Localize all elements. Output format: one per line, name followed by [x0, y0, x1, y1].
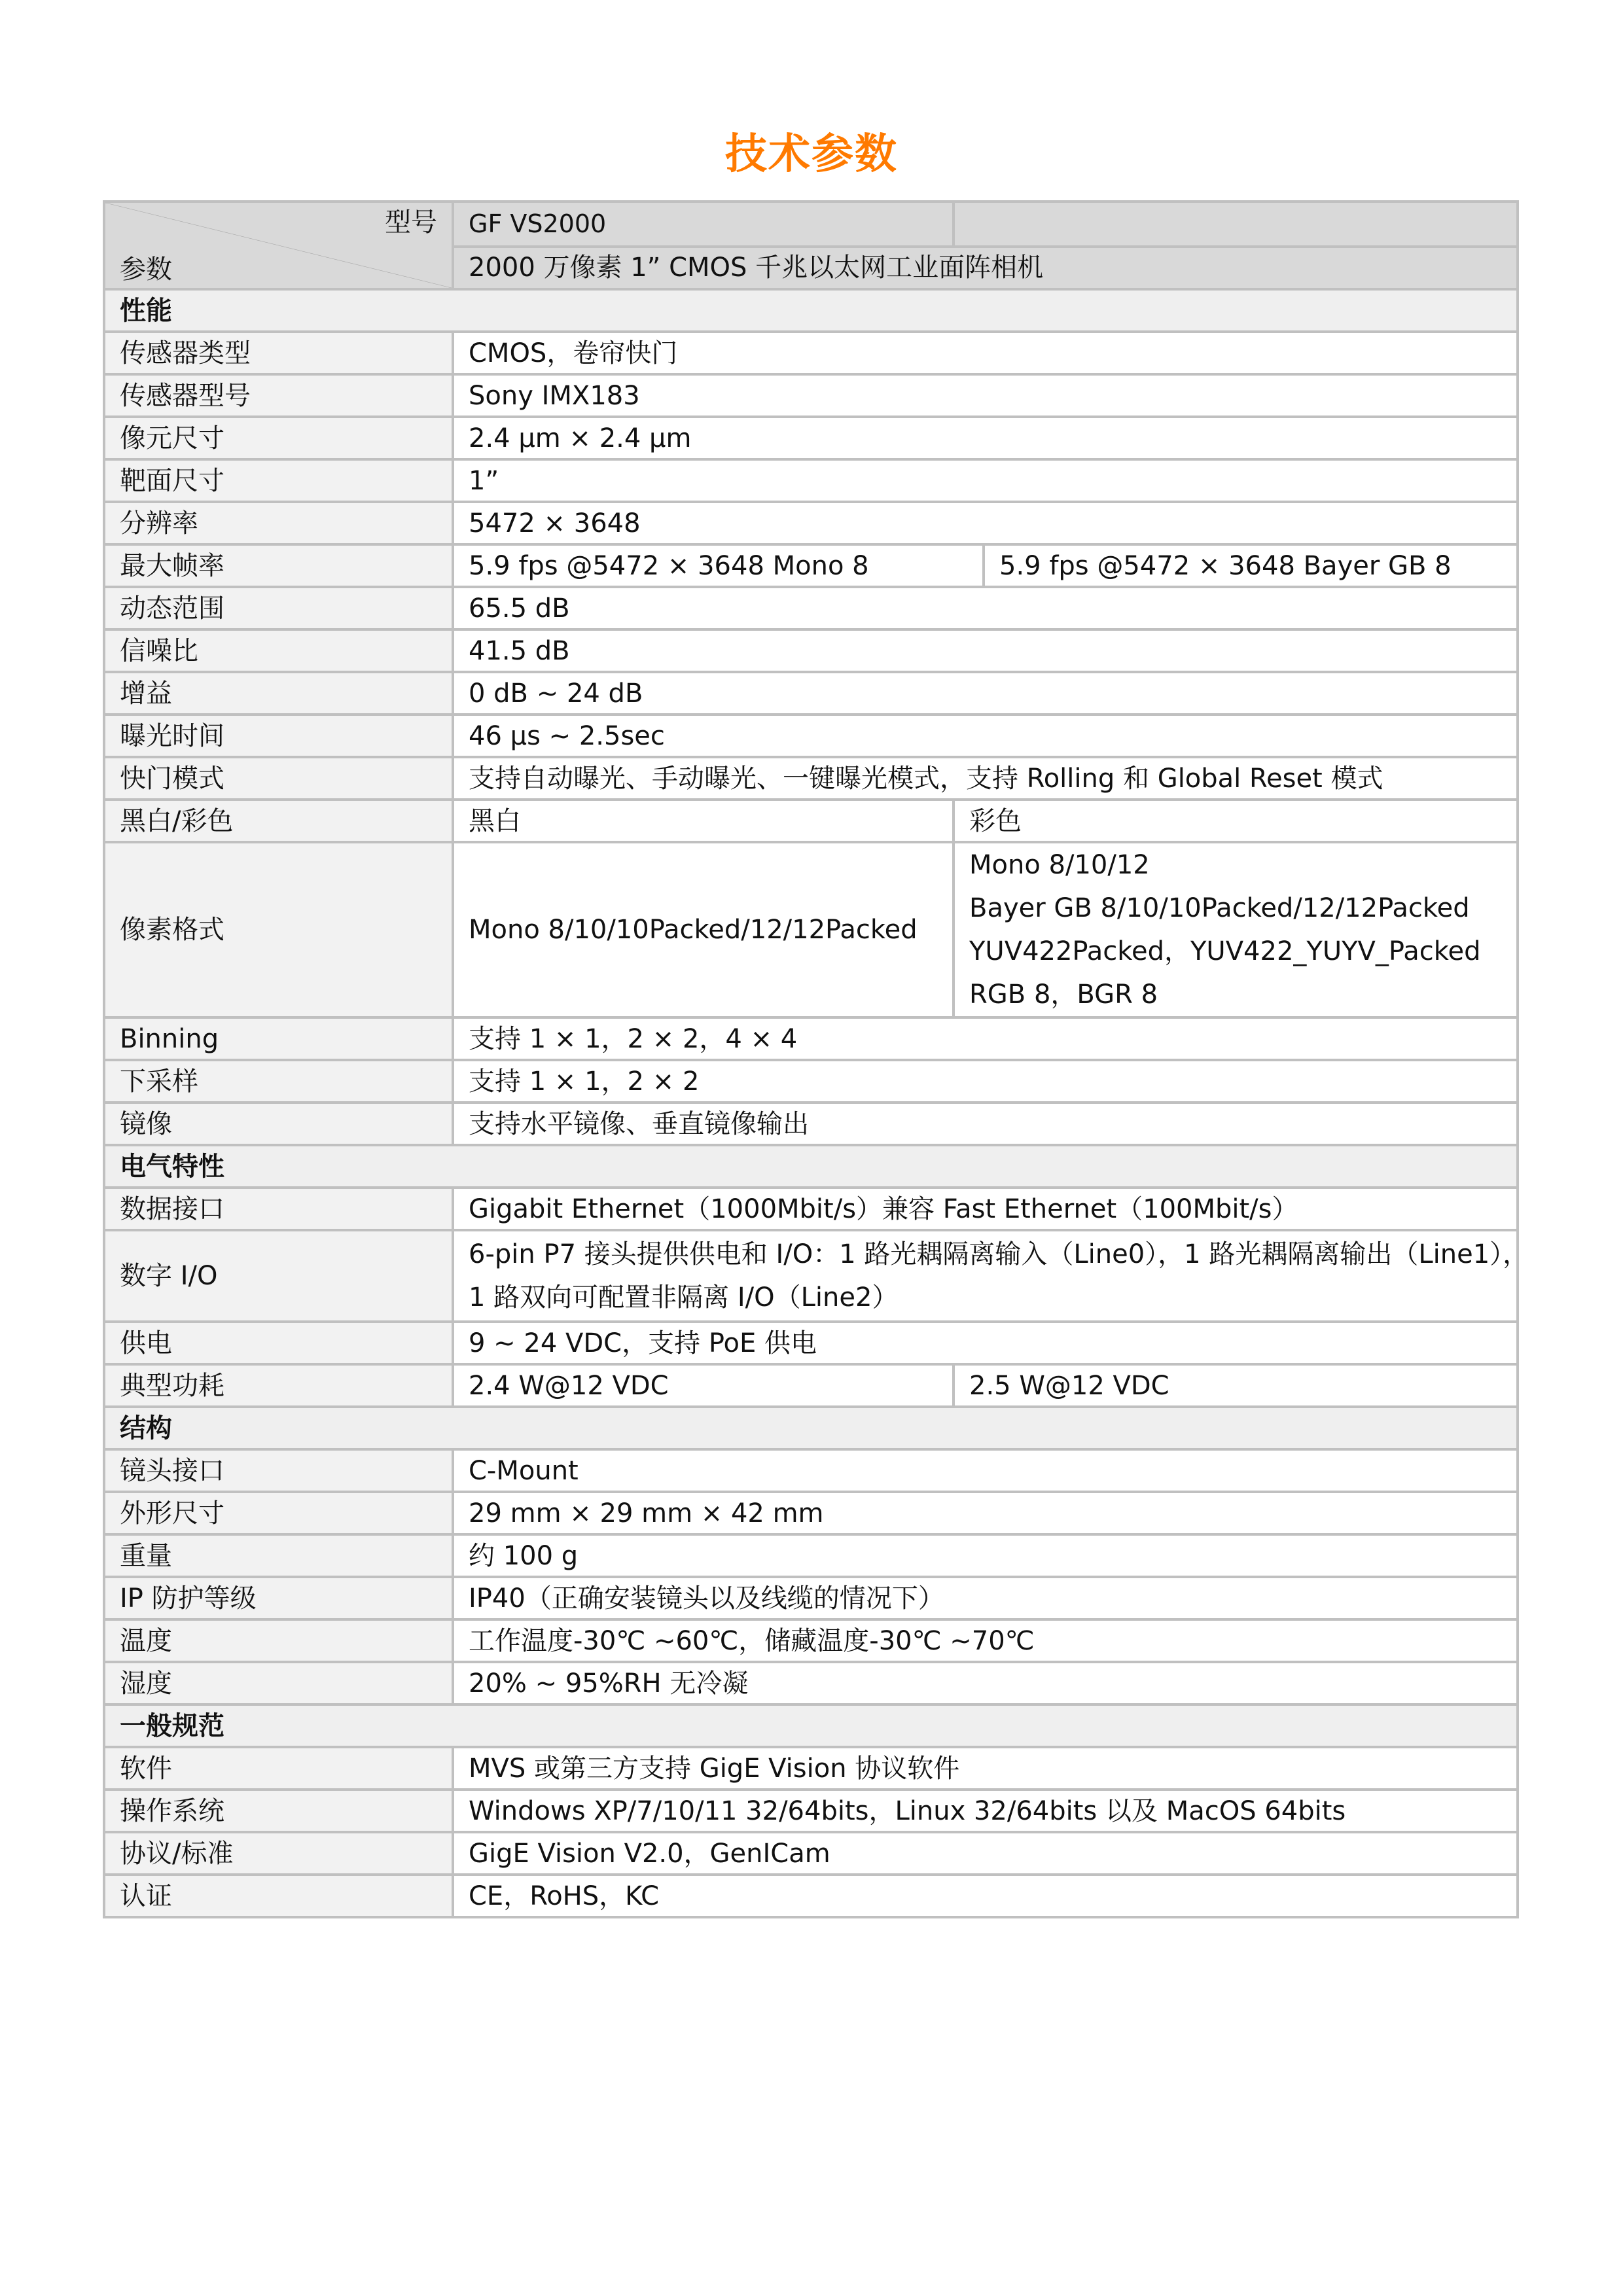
pixel-format-line: RGB 8，BGR 8 [969, 973, 1516, 1016]
section-performance: 性能 [104, 289, 1518, 332]
row-digital-io: 数字 I/O 6-pin P7 接头提供供电和 I/O：1 路光耦隔离输入（Li… [104, 1230, 1518, 1322]
row-value: CMOS，卷帘快门 [453, 332, 1518, 374]
row-value: IP40（正确安装镜头以及线缆的情况下） [453, 1577, 1518, 1619]
row-label: 增益 [104, 672, 453, 715]
model-description: 2000 万像素 1” CMOS 千兆以太网工业面阵相机 [453, 247, 1518, 289]
row-label: 温度 [104, 1619, 453, 1662]
row-temperature: 温度 工作温度-30℃ ~60℃，储藏温度-30℃ ~70℃ [104, 1619, 1518, 1662]
row-label: 数据接口 [104, 1188, 453, 1230]
row-value: Sony IMX183 [453, 374, 1518, 417]
row-certification: 认证 CE，RoHS，KC [104, 1875, 1518, 1917]
row-label: 操作系统 [104, 1790, 453, 1832]
row-value: 0 dB ~ 24 dB [453, 672, 1518, 715]
row-label: 黑白/彩色 [104, 800, 453, 842]
section-general: 一般规范 [104, 1704, 1518, 1747]
row-snr: 信噪比 41.5 dB [104, 629, 1518, 672]
pixel-format-line: YUV422Packed，YUV422_YUYV_Packed [969, 930, 1516, 973]
row-software: 软件 MVS 或第三方支持 GigE Vision 协议软件 [104, 1747, 1518, 1790]
row-label: 快门模式 [104, 757, 453, 800]
row-label: 最大帧率 [104, 544, 453, 587]
row-power-consumption: 典型功耗 2.4 W@12 VDC 2.5 W@12 VDC [104, 1364, 1518, 1407]
row-value-color: 彩色 [954, 800, 1518, 842]
row-sensor-type: 传感器类型 CMOS，卷帘快门 [104, 332, 1518, 374]
row-value: CE，RoHS，KC [453, 1875, 1518, 1917]
row-value: Gigabit Ethernet（1000Mbit/s）兼容 Fast Ethe… [453, 1188, 1518, 1230]
row-value: Windows XP/7/10/11 32/64bits，Linux 32/64… [453, 1790, 1518, 1832]
digital-io-line: 6-pin P7 接头提供供电和 I/O：1 路光耦隔离输入（Line0），1 … [469, 1233, 1516, 1276]
row-label: 湿度 [104, 1662, 453, 1704]
row-data-interface: 数据接口 Gigabit Ethernet（1000Mbit/s）兼容 Fast… [104, 1188, 1518, 1230]
row-power-supply: 供电 9 ~ 24 VDC，支持 PoE 供电 [104, 1322, 1518, 1364]
row-value: 6-pin P7 接头提供供电和 I/O：1 路光耦隔离输入（Line0），1 … [453, 1230, 1518, 1322]
row-label: Binning [104, 1017, 453, 1060]
header-row-model: 型号 参数 GF VS2000 [104, 202, 1518, 247]
corner-cell: 型号 参数 [104, 202, 453, 289]
row-exposure: 曝光时间 46 μs ~ 2.5sec [104, 715, 1518, 757]
row-label: 像元尺寸 [104, 417, 453, 459]
model-name: GF VS2000 [453, 202, 954, 247]
row-pixel-size: 像元尺寸 2.4 μm × 2.4 μm [104, 417, 1518, 459]
row-value-mono: 5.9 fps @5472 × 3648 Mono 8 [453, 544, 984, 587]
row-humidity: 湿度 20% ~ 95%RH 无冷凝 [104, 1662, 1518, 1704]
row-value: 65.5 dB [453, 587, 1518, 629]
row-label: 重量 [104, 1534, 453, 1577]
row-value-mono: Mono 8/10/10Packed/12/12Packed [453, 842, 954, 1017]
row-label: 镜像 [104, 1103, 453, 1145]
row-ip-rating: IP 防护等级 IP40（正确安装镜头以及线缆的情况下） [104, 1577, 1518, 1619]
row-label: 外形尺寸 [104, 1492, 453, 1534]
model-extra [954, 202, 1518, 247]
row-label: 数字 I/O [104, 1230, 453, 1322]
row-value: 约 100 g [453, 1534, 1518, 1577]
row-value: 工作温度-30℃ ~60℃，储藏温度-30℃ ~70℃ [453, 1619, 1518, 1662]
section-electrical: 电气特性 [104, 1145, 1518, 1188]
row-value: MVS 或第三方支持 GigE Vision 协议软件 [453, 1747, 1518, 1790]
section-title: 一般规范 [104, 1704, 1518, 1747]
row-label: 动态范围 [104, 587, 453, 629]
row-max-fps: 最大帧率 5.9 fps @5472 × 3648 Mono 8 5.9 fps… [104, 544, 1518, 587]
row-dimensions: 外形尺寸 29 mm × 29 mm × 42 mm [104, 1492, 1518, 1534]
row-value-color: Mono 8/10/12 Bayer GB 8/10/10Packed/12/1… [954, 842, 1518, 1017]
row-value-mono: 黑白 [453, 800, 954, 842]
row-resolution: 分辨率 5472 × 3648 [104, 502, 1518, 544]
row-label: 传感器型号 [104, 374, 453, 417]
row-value: 2.4 μm × 2.4 μm [453, 417, 1518, 459]
row-value: 支持 1 × 1，2 × 2 [453, 1060, 1518, 1103]
section-title: 性能 [104, 289, 1518, 332]
row-protocol: 协议/标准 GigE Vision V2.0，GenICam [104, 1832, 1518, 1875]
row-value: 5472 × 3648 [453, 502, 1518, 544]
corner-label-params: 参数 [120, 256, 172, 283]
row-label: 供电 [104, 1322, 453, 1364]
row-shutter-mode: 快门模式 支持自动曝光、手动曝光、一键曝光模式，支持 Rolling 和 Glo… [104, 757, 1518, 800]
row-value: 支持 1 × 1，2 × 2，4 × 4 [453, 1017, 1518, 1060]
row-value: 支持自动曝光、手动曝光、一键曝光模式，支持 Rolling 和 Global R… [453, 757, 1518, 800]
row-weight: 重量 约 100 g [104, 1534, 1518, 1577]
row-value-color: 5.9 fps @5472 × 3648 Bayer GB 8 [984, 544, 1518, 587]
pixel-format-line: Bayer GB 8/10/10Packed/12/12Packed [969, 887, 1516, 930]
row-lens-mount: 镜头接口 C-Mount [104, 1449, 1518, 1492]
row-label: 曝光时间 [104, 715, 453, 757]
row-value: C-Mount [453, 1449, 1518, 1492]
row-gain: 增益 0 dB ~ 24 dB [104, 672, 1518, 715]
row-value-mono: 2.4 W@12 VDC [453, 1364, 954, 1407]
spec-table: 型号 参数 GF VS2000 2000 万像素 1” CMOS 千兆以太网工业… [103, 200, 1519, 1918]
row-value: 41.5 dB [453, 629, 1518, 672]
row-label: 协议/标准 [104, 1832, 453, 1875]
row-pixel-format: 像素格式 Mono 8/10/10Packed/12/12Packed Mono… [104, 842, 1518, 1017]
row-label: 传感器类型 [104, 332, 453, 374]
row-label: 镜头接口 [104, 1449, 453, 1492]
row-value-color: 2.5 W@12 VDC [954, 1364, 1518, 1407]
row-label: 信噪比 [104, 629, 453, 672]
row-os: 操作系统 Windows XP/7/10/11 32/64bits，Linux … [104, 1790, 1518, 1832]
row-value: GigE Vision V2.0，GenICam [453, 1832, 1518, 1875]
digital-io-line: 1 路双向可配置非隔离 I/O（Line2） [469, 1276, 1516, 1319]
row-value: 46 μs ~ 2.5sec [453, 715, 1518, 757]
section-structure: 结构 [104, 1407, 1518, 1449]
row-label: 分辨率 [104, 502, 453, 544]
row-sensor-model: 传感器型号 Sony IMX183 [104, 374, 1518, 417]
row-value: 9 ~ 24 VDC，支持 PoE 供电 [453, 1322, 1518, 1364]
section-title: 电气特性 [104, 1145, 1518, 1188]
row-label: 像素格式 [104, 842, 453, 1017]
row-label: 典型功耗 [104, 1364, 453, 1407]
row-binning: Binning 支持 1 × 1，2 × 2，4 × 4 [104, 1017, 1518, 1060]
row-value: 1” [453, 459, 1518, 502]
row-dynamic-range: 动态范围 65.5 dB [104, 587, 1518, 629]
row-mirror: 镜像 支持水平镜像、垂直镜像输出 [104, 1103, 1518, 1145]
row-decimation: 下采样 支持 1 × 1，2 × 2 [104, 1060, 1518, 1103]
row-label: 靶面尺寸 [104, 459, 453, 502]
row-value: 20% ~ 95%RH 无冷凝 [453, 1662, 1518, 1704]
row-label: IP 防护等级 [104, 1577, 453, 1619]
row-mono-color: 黑白/彩色 黑白 彩色 [104, 800, 1518, 842]
corner-label-model: 型号 [385, 209, 437, 236]
row-target-size: 靶面尺寸 1” [104, 459, 1518, 502]
row-value: 支持水平镜像、垂直镜像输出 [453, 1103, 1518, 1145]
section-title: 结构 [104, 1407, 1518, 1449]
page-title: 技术参数 [0, 128, 1623, 181]
row-label: 认证 [104, 1875, 453, 1917]
pixel-format-line: Mono 8/10/12 [969, 843, 1516, 887]
row-label: 下采样 [104, 1060, 453, 1103]
row-value: 29 mm × 29 mm × 42 mm [453, 1492, 1518, 1534]
row-label: 软件 [104, 1747, 453, 1790]
